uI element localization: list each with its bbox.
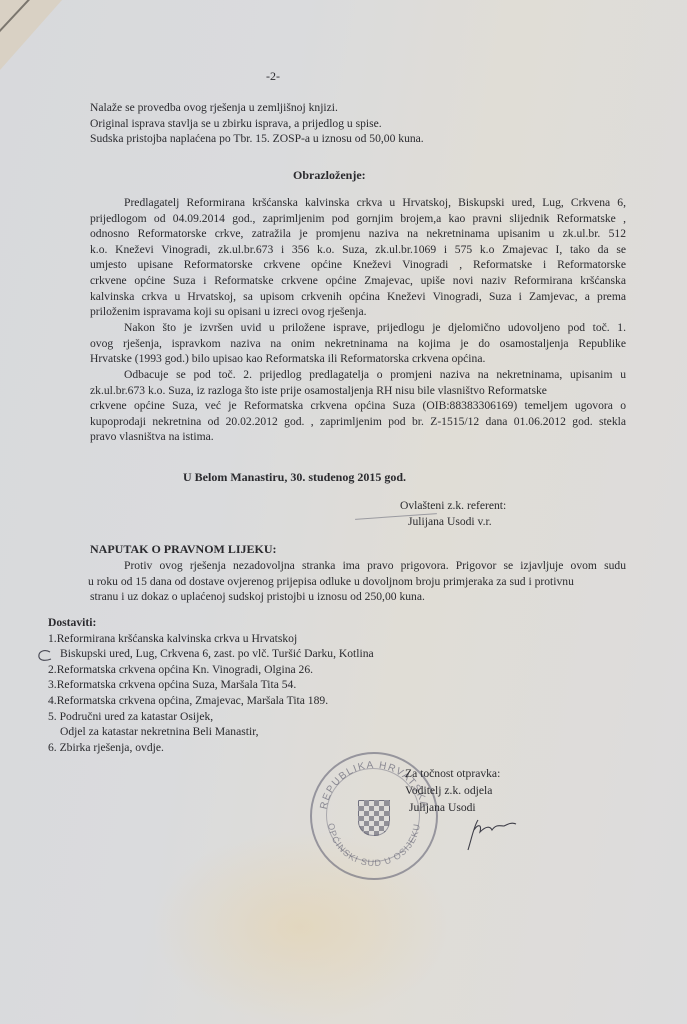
text-line: prijedlogom od 04.09.2014 god., zaprimlj… [90,211,626,227]
certification-block: Za točnost otpravka: Voditelj z.k. odjel… [405,765,500,816]
folded-corner [0,0,62,70]
text-line: Odbacuje se pod toč. 2. prijedlog predla… [90,367,626,383]
text-line: k.o. Kneževi Vinogradi, zk.ul.br.673 i 3… [90,242,626,258]
legal-remedy-heading: NAPUTAK O PRAVNOM LIJEKU: [90,542,277,558]
delivery-item: 4.Reformatska crkvena općina, Zmajevac, … [48,693,374,709]
text-line: pravo vlasništva na istima. [90,429,626,445]
signer-title: Ovlašteni z.k. referent: [400,498,506,514]
text-line: crkvene općine Suza, već je Reformatska … [90,398,626,414]
paragraph-1: Predlagatelj Reformirana kršćanska kalvi… [90,195,626,320]
intro-line: Original isprava stavlja se u zbirku isp… [90,116,424,132]
text-line: Protiv ovog rješenja nezadovoljna strank… [90,558,626,574]
text-line: crkvene općine Suza i Reformatske crkven… [90,273,626,289]
text-line: ovog rješenja, ispravkom naziva na onim … [90,336,626,352]
text-line: Predlagatelj Reformirana kršćanska kalvi… [90,195,626,211]
text-line: stranu i uz dokaz o uplaćenoj sudskoj pr… [90,589,626,605]
delivery-item: 3.Reformatska crkvena općina Suza, Marša… [48,677,374,693]
text-line: Hrvatske (1993 god.) bilo upisao kao Ref… [90,351,626,367]
certification-line: Voditelj z.k. odjela [405,782,500,799]
coat-of-arms-icon [358,800,390,836]
delivery-item: 5. Područni ured za katastar Osijek, [48,709,374,725]
legal-remedy-text: Protiv ovog rješenja nezadovoljna strank… [90,558,626,605]
page-number: -2- [266,69,280,85]
text-line: odnosno Reformatorske crkve, zatražila j… [90,226,626,242]
intro-line: Sudska pristojba naplaćena po Tbr. 15. Z… [90,131,424,147]
handwritten-mark-icon [36,649,52,663]
delivery-heading: Dostaviti: [48,615,374,631]
text-line: priloženim ispravama koji su opisani u i… [90,304,626,320]
handwritten-signature-icon [460,812,520,852]
text-line: kalvinska crkva u Hrvatskoj, sa upisom c… [90,289,626,305]
delivery-item: 2.Reformatska crkvena općina Kn. Vinogra… [48,662,374,678]
reasoning-title: Obrazloženje: [293,168,366,184]
intro-line: Nalaže se provedba ovog rješenja u zemlj… [90,100,424,116]
text-line: umjesto upisane Reformatorske crkvene op… [90,257,626,273]
delivery-item: Biskupski ured, Lug, Crkvena 6, zast. po… [48,646,374,662]
text-line: zk.ul.br.673 k.o. Suza, iz razloga što i… [90,383,626,399]
intro-block: Nalaže se provedba ovog rješenja u zemlj… [90,100,424,147]
place-and-date: U Belom Manastiru, 30. studenog 2015 god… [183,470,406,486]
text-line: kupoprodaji nekretnina od 20.02.2012 god… [90,414,626,430]
certification-line: Za točnost otpravka: [405,765,500,782]
paragraph-2: Nakon što je izvršen uvid u priložene is… [90,320,626,367]
paragraph-3: Odbacuje se pod toč. 2. prijedlog predla… [90,367,626,445]
delivery-item: 1.Reformirana kršćanska kalvinska crkva … [48,631,374,647]
text-line: u roku od 15 dana od dostave ovjerenog p… [88,574,626,590]
signer-name: Julijana Usodi v.r. [400,514,506,530]
text-line: Nakon što je izvršen uvid u priložene is… [90,320,626,336]
delivery-list: Dostaviti: 1.Reformirana kršćanska kalvi… [48,615,374,755]
delivery-item: 6. Zbirka rješenja, ovdje. [48,740,374,756]
delivery-item: Odjel za katastar nekretnina Beli Manast… [48,724,374,740]
